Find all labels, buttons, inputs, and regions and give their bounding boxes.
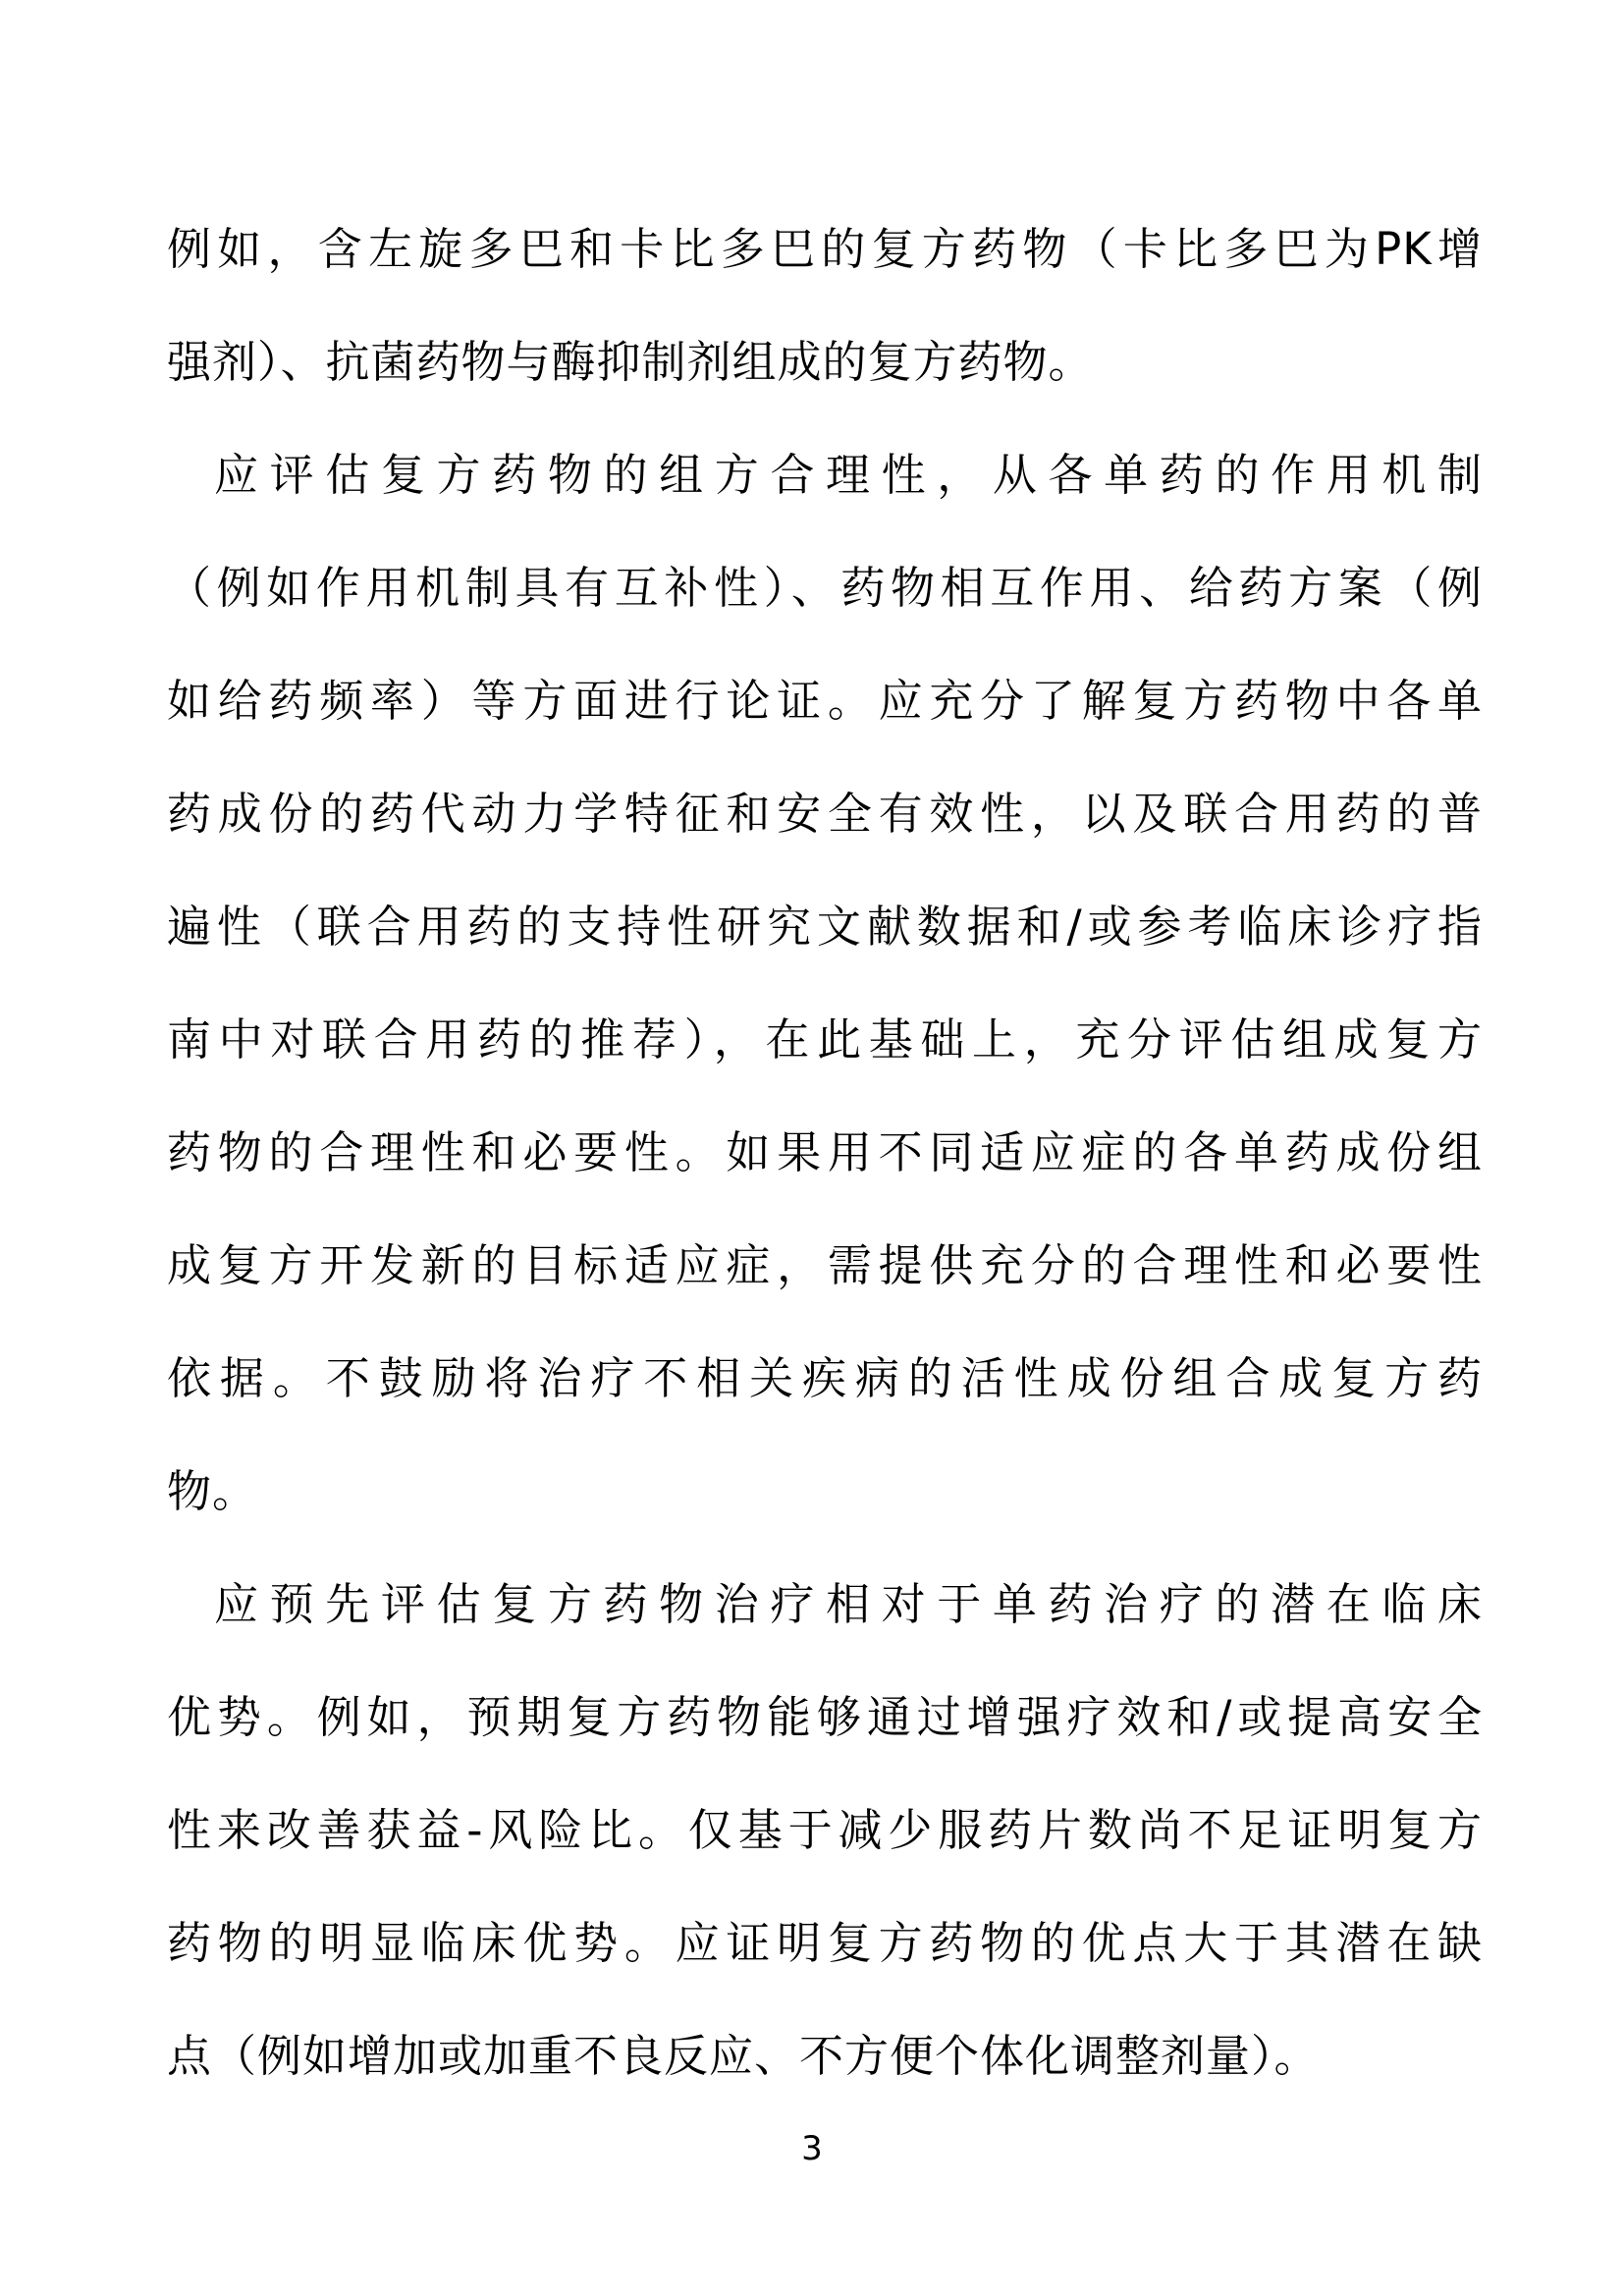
document-page: 例如，含左旋多巴和卡比多巴的复方药物（卡比多巴为PK增强剂）、抗菌药物与酶抑制剂…: [0, 0, 1624, 2296]
text-line: 物。: [167, 1435, 1483, 1548]
text-line: 点（例如增加或加重不良反应、不方便个体化调整剂量）。: [167, 1999, 1483, 2112]
text-line: 药物的明显临床优势。应证明复方药物的优点大于其潜在缺: [167, 1886, 1483, 1999]
text-line: 强剂）、抗菌药物与酶抑制剂组成的复方药物。: [167, 305, 1483, 418]
text-line: 南中对联合用药的推荐），在此基础上，充分评估组成复方: [167, 983, 1483, 1096]
page-number: 3: [801, 2129, 823, 2168]
text-line: 依据。不鼓励将治疗不相关疾病的活性成份组合成复方药: [167, 1322, 1483, 1435]
page-footer: 3: [0, 2127, 1624, 2170]
text-line: 应预先评估复方药物治疗相对于单药治疗的潜在临床: [167, 1548, 1483, 1661]
text-line: 优势。例如，预期复方药物能够通过增强疗效和/或提高安全: [167, 1661, 1483, 1774]
text-line: 例如，含左旋多巴和卡比多巴的复方药物（卡比多巴为PK增: [167, 192, 1483, 305]
text-line: 如给药频率）等方面进行论证。应充分了解复方药物中各单: [167, 644, 1483, 757]
text-line: （例如作用机制具有互补性）、药物相互作用、给药方案（例: [167, 531, 1483, 644]
text-line: 性来改善获益-风险比。仅基于减少服药片数尚不足证明复方: [167, 1774, 1483, 1886]
text-line: 药成份的药代动力学特征和安全有效性，以及联合用药的普: [167, 757, 1483, 870]
body-text: 例如，含左旋多巴和卡比多巴的复方药物（卡比多巴为PK增强剂）、抗菌药物与酶抑制剂…: [167, 192, 1483, 2112]
text-line: 应评估复方药物的组方合理性，从各单药的作用机制: [167, 418, 1483, 531]
text-line: 遍性（联合用药的支持性研究文献数据和/或参考临床诊疗指: [167, 870, 1483, 983]
text-line: 成复方开发新的目标适应症，需提供充分的合理性和必要性: [167, 1209, 1483, 1322]
text-line: 药物的合理性和必要性。如果用不同适应症的各单药成份组: [167, 1096, 1483, 1209]
